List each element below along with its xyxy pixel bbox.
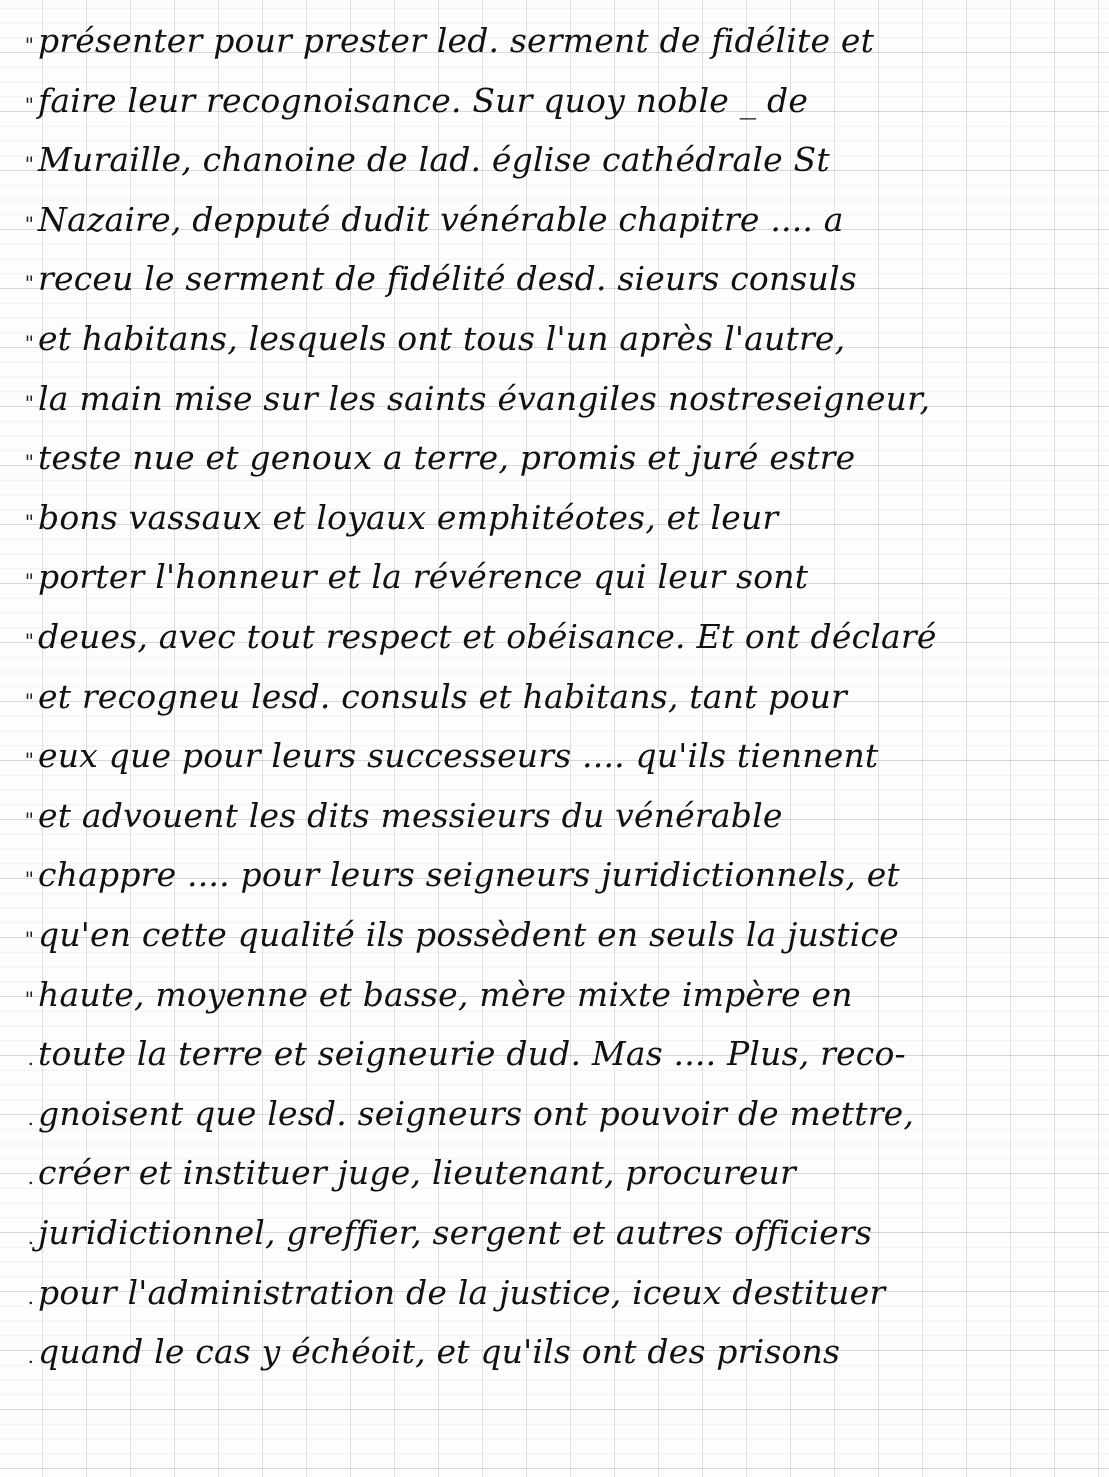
text-line: "teste nue et genoux a terre, promis et … <box>0 421 1100 480</box>
line-text: deues, avec tout respect et obéisance. E… <box>38 620 937 653</box>
line-text: Muraille, chanoine de lad. église cathéd… <box>38 143 830 176</box>
line-marker: . <box>0 1346 38 1366</box>
text-line: "faire leur recognoisance. Sur quoy nobl… <box>0 64 1100 123</box>
text-line: "et recogneu lesd. consuls et habitans, … <box>0 660 1100 719</box>
text-line: "porter l'honneur et la révérence qui le… <box>0 540 1100 599</box>
line-marker: . <box>0 1108 38 1128</box>
text-line: "eux que pour leurs successeurs .... qu'… <box>0 719 1100 778</box>
line-marker: " <box>0 631 38 651</box>
text-line: .toute la terre et seigneurie dud. Mas .… <box>0 1017 1100 1076</box>
text-line: .quand le cas y échéoit, et qu'ils ont d… <box>0 1315 1100 1374</box>
line-marker: " <box>0 154 38 174</box>
line-text: faire leur recognoisance. Sur quoy noble… <box>38 84 808 117</box>
text-line: "bons vassaux et loyaux emphitéotes, et … <box>0 481 1100 540</box>
line-marker: " <box>0 691 38 711</box>
line-text: gnoisent que lesd. seigneurs ont pouvoir… <box>38 1097 914 1130</box>
line-text: receu le serment de fidélité desd. sieur… <box>38 262 857 295</box>
line-text: et advouent les dits messieurs du vénéra… <box>38 799 783 832</box>
line-marker: " <box>0 35 38 55</box>
line-text: et habitans, lesquels ont tous l'un aprè… <box>38 322 845 355</box>
line-marker: " <box>0 810 38 830</box>
text-line: "et advouent les dits messieurs du vénér… <box>0 779 1100 838</box>
text-line: "présenter pour prester led. serment de … <box>0 4 1100 63</box>
line-text: chappre .... pour leurs seigneurs juridi… <box>38 858 900 891</box>
text-line: "qu'en cette qualité ils possèdent en se… <box>0 898 1100 957</box>
line-marker: " <box>0 929 38 949</box>
line-marker: " <box>0 512 38 532</box>
line-text: porter l'honneur et la révérence qui leu… <box>38 560 808 593</box>
line-text: quand le cas y échéoit, et qu'ils ont de… <box>38 1335 840 1368</box>
line-marker: . <box>0 1287 38 1307</box>
line-marker: . <box>0 1048 38 1068</box>
line-marker: " <box>0 95 38 115</box>
line-marker: " <box>0 750 38 770</box>
text-line: "receu le serment de fidélité desd. sieu… <box>0 242 1100 301</box>
line-text: pour l'administration de la justice, ice… <box>38 1276 885 1309</box>
text-line: "chappre .... pour leurs seigneurs jurid… <box>0 838 1100 897</box>
line-marker: " <box>0 452 38 472</box>
text-line: .créer et instituer juge, lieutenant, pr… <box>0 1136 1100 1195</box>
line-marker: " <box>0 214 38 234</box>
text-line: .juridictionnel, greffier, sergent et au… <box>0 1196 1100 1255</box>
line-marker: " <box>0 333 38 353</box>
text-line: "Muraille, chanoine de lad. église cathé… <box>0 123 1100 182</box>
line-text: Nazaire, depputé dudit vénérable chapitr… <box>38 203 844 236</box>
line-text: toute la terre et seigneurie dud. Mas ..… <box>38 1037 906 1070</box>
line-text: bons vassaux et loyaux emphitéotes, et l… <box>38 501 778 534</box>
line-marker: . <box>0 1227 38 1247</box>
line-marker: " <box>0 571 38 591</box>
line-text: eux que pour leurs successeurs .... qu'i… <box>38 739 878 772</box>
line-marker: " <box>0 989 38 1009</box>
line-text: qu'en cette qualité ils possèdent en seu… <box>38 918 899 951</box>
line-text: créer et instituer juge, lieutenant, pro… <box>38 1156 796 1189</box>
line-text: et recogneu lesd. consuls et habitans, t… <box>38 680 847 713</box>
line-marker: . <box>0 1167 38 1187</box>
line-marker: " <box>0 869 38 889</box>
text-line: .gnoisent que lesd. seigneurs ont pouvoi… <box>0 1077 1100 1136</box>
text-line: "haute, moyenne et basse, mère mixte imp… <box>0 958 1100 1017</box>
line-text: haute, moyenne et basse, mère mixte impè… <box>38 978 853 1011</box>
line-marker: " <box>0 393 38 413</box>
text-line: "et habitans, lesquels ont tous l'un apr… <box>0 302 1100 361</box>
text-line: .pour l'administration de la justice, ic… <box>0 1256 1100 1315</box>
line-text: juridictionnel, greffier, sergent et aut… <box>38 1216 872 1249</box>
text-line: "la main mise sur les saints évangiles n… <box>0 362 1100 421</box>
line-text: présenter pour prester led. serment de f… <box>38 24 874 57</box>
text-line: "Nazaire, depputé dudit vénérable chapit… <box>0 183 1100 242</box>
text-line: "deues, avec tout respect et obéisance. … <box>0 600 1100 659</box>
line-marker: " <box>0 273 38 293</box>
line-text: teste nue et genoux a terre, promis et j… <box>38 441 855 474</box>
line-text: la main mise sur les saints évangiles no… <box>38 382 930 415</box>
